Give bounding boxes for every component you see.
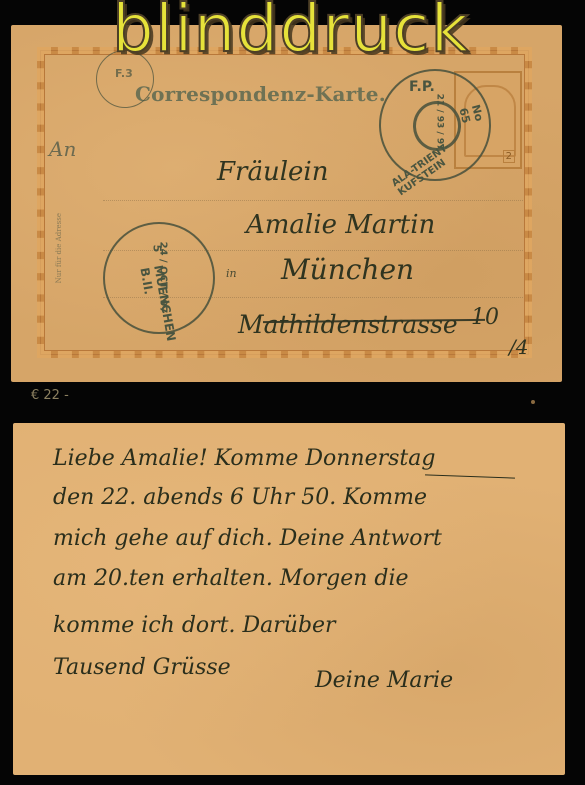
- an-label: An: [49, 137, 76, 161]
- watermark-text: blinddruck: [112, 0, 470, 62]
- message-line-6: Tausend Grüsse: [53, 655, 231, 680]
- address-recipient-title: Fräulein: [217, 157, 328, 187]
- card-spot: [531, 400, 535, 404]
- faint-postmark-text: F.3: [115, 67, 133, 80]
- postmark-arrival-time: 5: [150, 245, 163, 253]
- pencil-price-note: € 22 -: [31, 388, 69, 403]
- address-recipient-name: Amalie Martin: [246, 210, 435, 240]
- postcard-back: Liebe Amalie! Komme Donnerstag den 22. a…: [13, 423, 565, 775]
- arrival-postmark: MUENCHEN B.II. 24 / OCT / 97 5: [103, 222, 215, 334]
- address-in-label: in: [226, 267, 237, 280]
- origin-postmark: F.P. ALA-TRIENT-KUFSTEIN No 65 21 / 93 /…: [379, 69, 491, 181]
- message-underline: [425, 474, 515, 478]
- postmark-arrival-date: 24 / OCT / 97: [157, 242, 168, 314]
- message-line-3: mich gehe auf dich. Deine Antwort: [53, 526, 442, 551]
- address-line: [103, 200, 523, 201]
- postcard-front: 2 Correspondenz-Karte. An Nur für die Ad…: [11, 25, 562, 382]
- message-line-2: den 22. abends 6 Uhr 50. Komme: [53, 485, 427, 510]
- address-side-note: Nur für die Adresse: [55, 213, 63, 283]
- postmark-origin-date: 21 / 93 / 97: [434, 94, 444, 151]
- address-house-sub: /4: [509, 335, 528, 359]
- message-line-4: am 20.ten erhalten. Morgen die: [53, 566, 409, 591]
- address-street: Mathildenstrasse: [238, 310, 458, 339]
- card-title: Correspondenz-Karte.: [135, 82, 386, 106]
- signature: Deine Marie: [315, 668, 453, 693]
- postmark-origin-top: F.P.: [409, 79, 435, 95]
- message-line-1: Liebe Amalie! Komme Donnerstag: [53, 446, 435, 471]
- stamp-value: 2: [503, 150, 515, 163]
- address-house-number: 10: [471, 305, 499, 330]
- message-line-5: komme ich dort. Darüber: [53, 613, 336, 638]
- address-city: München: [281, 253, 414, 286]
